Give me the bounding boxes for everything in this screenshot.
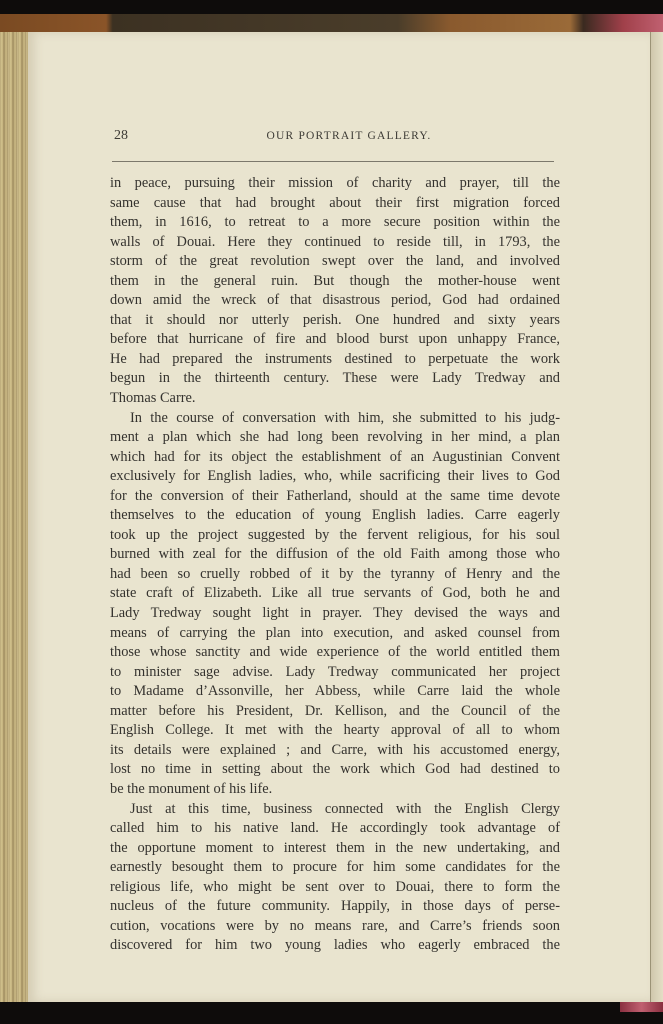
page-fore-edge: [650, 32, 663, 1002]
text-line: down amid the wreck of that disastrous p…: [110, 291, 560, 311]
body-text: in peace, pursuing their mission of char…: [110, 174, 560, 956]
text-line: that it should nor utterly perish. One h…: [110, 311, 560, 331]
text-line: Just at this time, business connected wi…: [110, 800, 560, 820]
text-line: took up the project suggested by the fer…: [110, 526, 560, 546]
text-line: religious life, who might be sent over t…: [110, 878, 560, 898]
text-line: storm of the great revolution swept over…: [110, 252, 560, 272]
text-line: Lady Tredway sought light in prayer. The…: [110, 604, 560, 624]
text-line: its details were explained ; and Carre, …: [110, 741, 560, 761]
text-line: Thomas Carre.: [110, 389, 560, 409]
text-line: in peace, pursuing their mission of char…: [110, 174, 560, 194]
page-header: 28 OUR PORTRAIT GALLERY.: [114, 128, 554, 148]
text-line: exclusively for English ladies, who, whi…: [110, 467, 560, 487]
text-line: them, in 1616, to retreat to a more secu…: [110, 213, 560, 233]
text-line: before that hurricane of fire and blood …: [110, 330, 560, 350]
text-line: those whose sanctity and wide experience…: [110, 643, 560, 663]
text-line: nucleus of the future community. Happily…: [110, 897, 560, 917]
text-line: cution, vocations were by no means rare,…: [110, 917, 560, 937]
text-line: He had prepared the instruments destined…: [110, 350, 560, 370]
text-line: walls of Douai. Here they continued to r…: [110, 233, 560, 253]
text-line: burned with zeal for the diffusion of th…: [110, 545, 560, 565]
stacked-page-edges: [0, 32, 29, 1002]
text-line: English College. It met with the hearty …: [110, 721, 560, 741]
text-line: In the course of conversation with him, …: [110, 409, 560, 429]
text-line: had been so cruelly robbed of it by the …: [110, 565, 560, 585]
header-rule: [112, 161, 554, 162]
text-line: themselves to the education of young Eng…: [110, 506, 560, 526]
text-line: means of carrying the plan into executio…: [110, 624, 560, 644]
running-title: OUR PORTRAIT GALLERY.: [114, 130, 554, 142]
text-line: earnestly besought them to procure for h…: [110, 858, 560, 878]
text-line: the opportune moment to interest them in…: [110, 839, 560, 859]
text-line: ment a plan which she had long been revo…: [110, 428, 560, 448]
text-line: them in the general ruin. But though the…: [110, 272, 560, 292]
text-line: lost no time in setting about the work w…: [110, 760, 560, 780]
text-line: same cause that had brought about their …: [110, 194, 560, 214]
text-line: be the monument of his life.: [110, 780, 560, 800]
text-line: to minister sage advise. Lady Tredway co…: [110, 663, 560, 683]
text-line: discovered for him two young ladies who …: [110, 936, 560, 956]
text-line: state craft of Elizabeth. Like all true …: [110, 584, 560, 604]
text-line: called him to his native land. He accord…: [110, 819, 560, 839]
book-cover-top-edge: [0, 14, 663, 34]
text-line: matter before his President, Dr. Kelliso…: [110, 702, 560, 722]
text-line: to Madame d’Assonville, her Abbess, whil…: [110, 682, 560, 702]
text-line: for the conversion of their Fatherland, …: [110, 487, 560, 507]
text-line: begun in the thirteenth century. These w…: [110, 369, 560, 389]
text-line: which had for its object the establishme…: [110, 448, 560, 468]
